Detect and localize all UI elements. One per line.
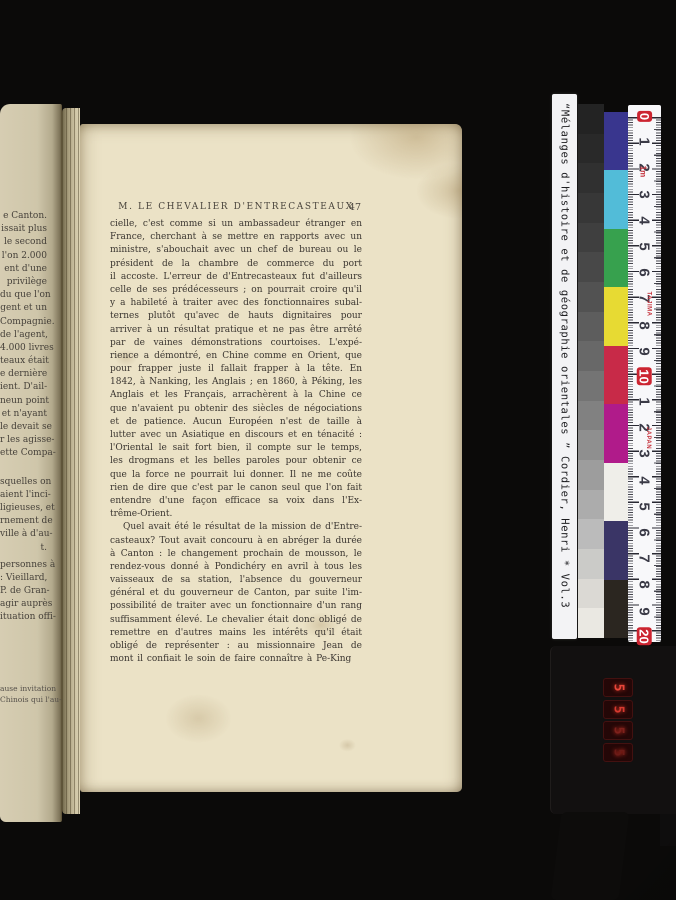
- text-fragment: ituation offi-: [0, 611, 47, 624]
- text-line: vaisseaux de sa station, l'absence du go…: [110, 574, 362, 587]
- text-line: 1842, à Nanking, les Anglais ; en 1860, …: [110, 376, 362, 389]
- text-line: mont il confiait le soin de faire connaî…: [110, 653, 362, 666]
- text-fragment: ligieuses, et: [0, 502, 47, 515]
- text-fragment: : Vieillard,: [0, 572, 47, 585]
- ruler-number: 7: [637, 555, 652, 563]
- frame-counter-device: 5 5 5 5: [550, 646, 676, 814]
- text-line: arriver à un résultat pratique et ne pas…: [110, 324, 362, 337]
- led-digit: 5: [611, 705, 624, 713]
- text-line: ternes plutôt qu'avec de hauts dignitair…: [110, 310, 362, 323]
- text-fragment: t.: [0, 542, 47, 555]
- text-fragment: l'on 2.000: [0, 250, 47, 263]
- gray-step-swatch: [578, 490, 604, 520]
- text-line: France, cherchant à se mettre en rapport…: [110, 231, 362, 244]
- ruler-number: 6: [637, 268, 652, 276]
- facing-page-text-fragments: e Canton.issait plusle secondl'on 2.000e…: [0, 210, 47, 705]
- text-line: général et du gouverneur de Canton, par …: [110, 587, 362, 600]
- gray-step-swatch: [578, 430, 604, 460]
- text-fragment: ient. D'ail-: [0, 381, 47, 394]
- text-fragment: neun point: [0, 395, 47, 408]
- text-fragment: ette Compa-: [0, 447, 47, 460]
- text-line: possibilité de traiter avec un fonctionn…: [110, 600, 362, 613]
- text-fragment: aient l'inci-: [0, 489, 47, 502]
- led-display: 5 5 5 5: [603, 678, 633, 762]
- running-title: M. LE CHEVALIER D'ENTRECASTEAUX: [110, 202, 362, 212]
- text-line: pour frapper juste il fallait frapper à …: [110, 363, 362, 376]
- ruler-number: 9: [637, 347, 652, 355]
- text-line: il accoste. L'erreur de d'Entrecasteaux …: [110, 271, 362, 284]
- fragment-block-footnote: ause invitationChinois qui l'au-: [0, 683, 47, 705]
- book-scan-photo: e Canton.issait plusle secondl'on 2.000e…: [0, 0, 676, 900]
- gray-step-swatch: [578, 401, 604, 431]
- text-line: lutter avec un Asiatique en discours et …: [110, 429, 362, 442]
- text-fragment: et n'ayant: [0, 408, 47, 421]
- text-fragment: squelles on: [0, 476, 47, 489]
- text-fragment: ville à d'au-: [0, 528, 47, 541]
- text-line: à Canton : le changement prochain de mou…: [110, 548, 362, 561]
- running-head: M. LE CHEVALIER D'ENTRECASTEAUX 47: [110, 202, 362, 216]
- color-patch: [604, 521, 629, 579]
- text-fragment: privilège: [0, 276, 47, 289]
- led-digit-tile: 5: [603, 678, 633, 697]
- ruler-number: 3: [637, 190, 652, 198]
- led-digit: 5: [611, 748, 624, 756]
- gray-step-swatch: [578, 223, 604, 253]
- text-fragment: de l'agent,: [0, 329, 47, 342]
- gray-step-swatch: [578, 608, 604, 638]
- text-line: rience a démontré, en Chine comme en Ori…: [110, 350, 362, 363]
- fragment-block-lower: personnes à: Vieillard,P. de Gran-agir a…: [0, 559, 47, 625]
- measuring-tape-ruler: 01234567891012345678920 1m TAJIMA JAPAN: [628, 105, 661, 642]
- gray-step-swatch: [578, 460, 604, 490]
- led-digit-tile: 5: [603, 700, 633, 719]
- paragraph-2: Quel avait été le résultat de la mission…: [110, 521, 362, 666]
- gray-step-swatch: [578, 312, 604, 342]
- led-digit: 5: [611, 684, 624, 692]
- text-fragment: le second: [0, 236, 47, 249]
- text-fragment: e dernière: [0, 368, 47, 381]
- color-patch: [604, 346, 629, 404]
- ruler-number: 5: [637, 242, 652, 250]
- gray-step-swatch: [578, 104, 604, 134]
- text-line: remettre en d'autres mains les intérêts …: [110, 627, 362, 640]
- gray-step-swatch: [578, 341, 604, 371]
- text-line: cielle, c'est comme si un ambassadeur ét…: [110, 218, 362, 231]
- text-line: casteaux? Tout avait concouru à en abrég…: [110, 535, 362, 548]
- device-strap: [551, 812, 630, 900]
- ruler-numbers: 01234567891012345678920: [628, 110, 661, 643]
- color-patch: [604, 404, 629, 462]
- color-patch: [604, 112, 629, 170]
- led-digit-tile: 5: [603, 721, 633, 740]
- gray-step-swatch: [578, 519, 604, 549]
- catalog-label-slip: “Mélanges d'histoire et de géographie or…: [552, 94, 577, 639]
- text-fragment: agir auprès: [0, 598, 47, 611]
- ruler-number: 4: [637, 476, 652, 484]
- text-fragment: e Canton.: [0, 210, 47, 223]
- ruler-number: 3: [637, 450, 652, 458]
- ruler-number: 6: [637, 528, 652, 536]
- ruler-number: 1: [637, 397, 652, 405]
- text-line: et de patience. Aucun Européen n'est de …: [110, 416, 362, 429]
- ruler-number: 1: [637, 138, 652, 146]
- led-digit: 5: [611, 727, 624, 735]
- text-fragment: r les agisse-: [0, 434, 47, 447]
- paragraph-1: cielle, c'est comme si un ambassadeur ét…: [110, 218, 362, 521]
- body-text: cielle, c'est comme si un ambassadeur ét…: [110, 218, 362, 666]
- color-patch: [604, 463, 629, 521]
- catalog-label-text: “Mélanges d'histoire et de géographie or…: [559, 94, 571, 639]
- color-calibration-strip: [604, 112, 629, 638]
- gray-step-swatch: [578, 549, 604, 579]
- text-fragment: P. de Gran-: [0, 585, 47, 598]
- ruler-number: 8: [637, 321, 652, 329]
- text-fragment: teaux était: [0, 355, 47, 368]
- text-fragment: le devait se: [0, 421, 47, 434]
- text-line: Anglais et les Français, arrachèrent à l…: [110, 389, 362, 402]
- led-digit-tile: 5: [603, 743, 633, 762]
- footnote-fragment: Chinois qui l'au-: [0, 694, 47, 705]
- text-line: ministre, s'abouchait avec un chef de bu…: [110, 244, 362, 257]
- text-fragment: gent et un: [0, 302, 47, 315]
- text-fragment: issait plus: [0, 223, 47, 236]
- fragment-block-upper: e Canton.issait plusle secondl'on 2.000e…: [0, 210, 47, 461]
- text-fragment: Compagnie.: [0, 316, 47, 329]
- gray-step-swatch: [578, 579, 604, 609]
- ruler-number: 9: [637, 607, 652, 615]
- gray-step-swatch: [578, 134, 604, 164]
- text-line: les drogmans et les belles paroles pour …: [110, 455, 362, 468]
- text-line: rendez-vous donné à Pondichéry en avril …: [110, 561, 362, 574]
- gray-step-swatch: [578, 163, 604, 193]
- ruler-number: 0: [638, 112, 651, 121]
- text-line: par de vaines démonstrations courtoises.…: [110, 337, 362, 350]
- text-line: trême-Orient.: [110, 508, 362, 521]
- text-line: que n'avaient pu obtenir des siècles de …: [110, 403, 362, 416]
- text-fragment: rnement de: [0, 515, 47, 528]
- text-line: Quel avait été le résultat de la mission…: [110, 521, 362, 534]
- book-page: M. LE CHEVALIER D'ENTRECASTEAUX 47 ciell…: [80, 124, 462, 792]
- footnote-fragment: ause invitation: [0, 683, 47, 694]
- text-fragment: ent d'une: [0, 263, 47, 276]
- text-line: président de la chambre de commerce du p…: [110, 258, 362, 271]
- book-gutter-leaf-edges: [62, 108, 80, 814]
- ruler-number: 5: [637, 502, 652, 510]
- color-patch: [604, 170, 629, 228]
- text-fragment: 4.000 livres: [0, 342, 47, 355]
- ruler-country-mark: JAPAN: [645, 427, 651, 449]
- ruler-number: 20: [638, 628, 651, 644]
- page-number: 47: [349, 202, 361, 213]
- text-line: l'Oriental le sait fort bien, il compte …: [110, 442, 362, 455]
- color-patch: [604, 287, 629, 345]
- text-line: que la force ne pourrait lui donner. Il …: [110, 469, 362, 482]
- text-line: rien de dire que c'est par le canon seul…: [110, 482, 362, 495]
- ruler-number: 10: [638, 368, 651, 384]
- facing-page-edge: e Canton.issait plusle secondl'on 2.000e…: [0, 104, 62, 822]
- text-line: y a habileté à traiter avec des fonction…: [110, 297, 362, 310]
- fragment-block-middle: squelles onaient l'inci-ligieuses, etrne…: [0, 476, 47, 555]
- text-line: obligé de représenter : au missionnaire …: [110, 640, 362, 653]
- gray-step-swatch: [578, 193, 604, 223]
- text-line: entendre d'une façon efficace sa voix da…: [110, 495, 362, 508]
- ruler-brand-mark: TAJIMA: [645, 292, 651, 317]
- gray-step-swatch: [578, 371, 604, 401]
- grayscale-calibration-strip: [578, 104, 604, 638]
- text-fragment: personnes à: [0, 559, 47, 572]
- text-fragment: du que l'on: [0, 289, 47, 302]
- gray-step-swatch: [578, 282, 604, 312]
- ruler-number: 4: [637, 216, 652, 224]
- color-patch: [604, 580, 629, 638]
- text-line: suffisamment élevé. Le chevalier était d…: [110, 614, 362, 627]
- color-patch: [604, 229, 629, 287]
- ruler-number: 8: [637, 581, 652, 589]
- gray-step-swatch: [578, 252, 604, 282]
- text-line: celle de ses prédécesseurs ; on pourrait…: [110, 284, 362, 297]
- ruler-meter-mark: 1m: [638, 166, 647, 178]
